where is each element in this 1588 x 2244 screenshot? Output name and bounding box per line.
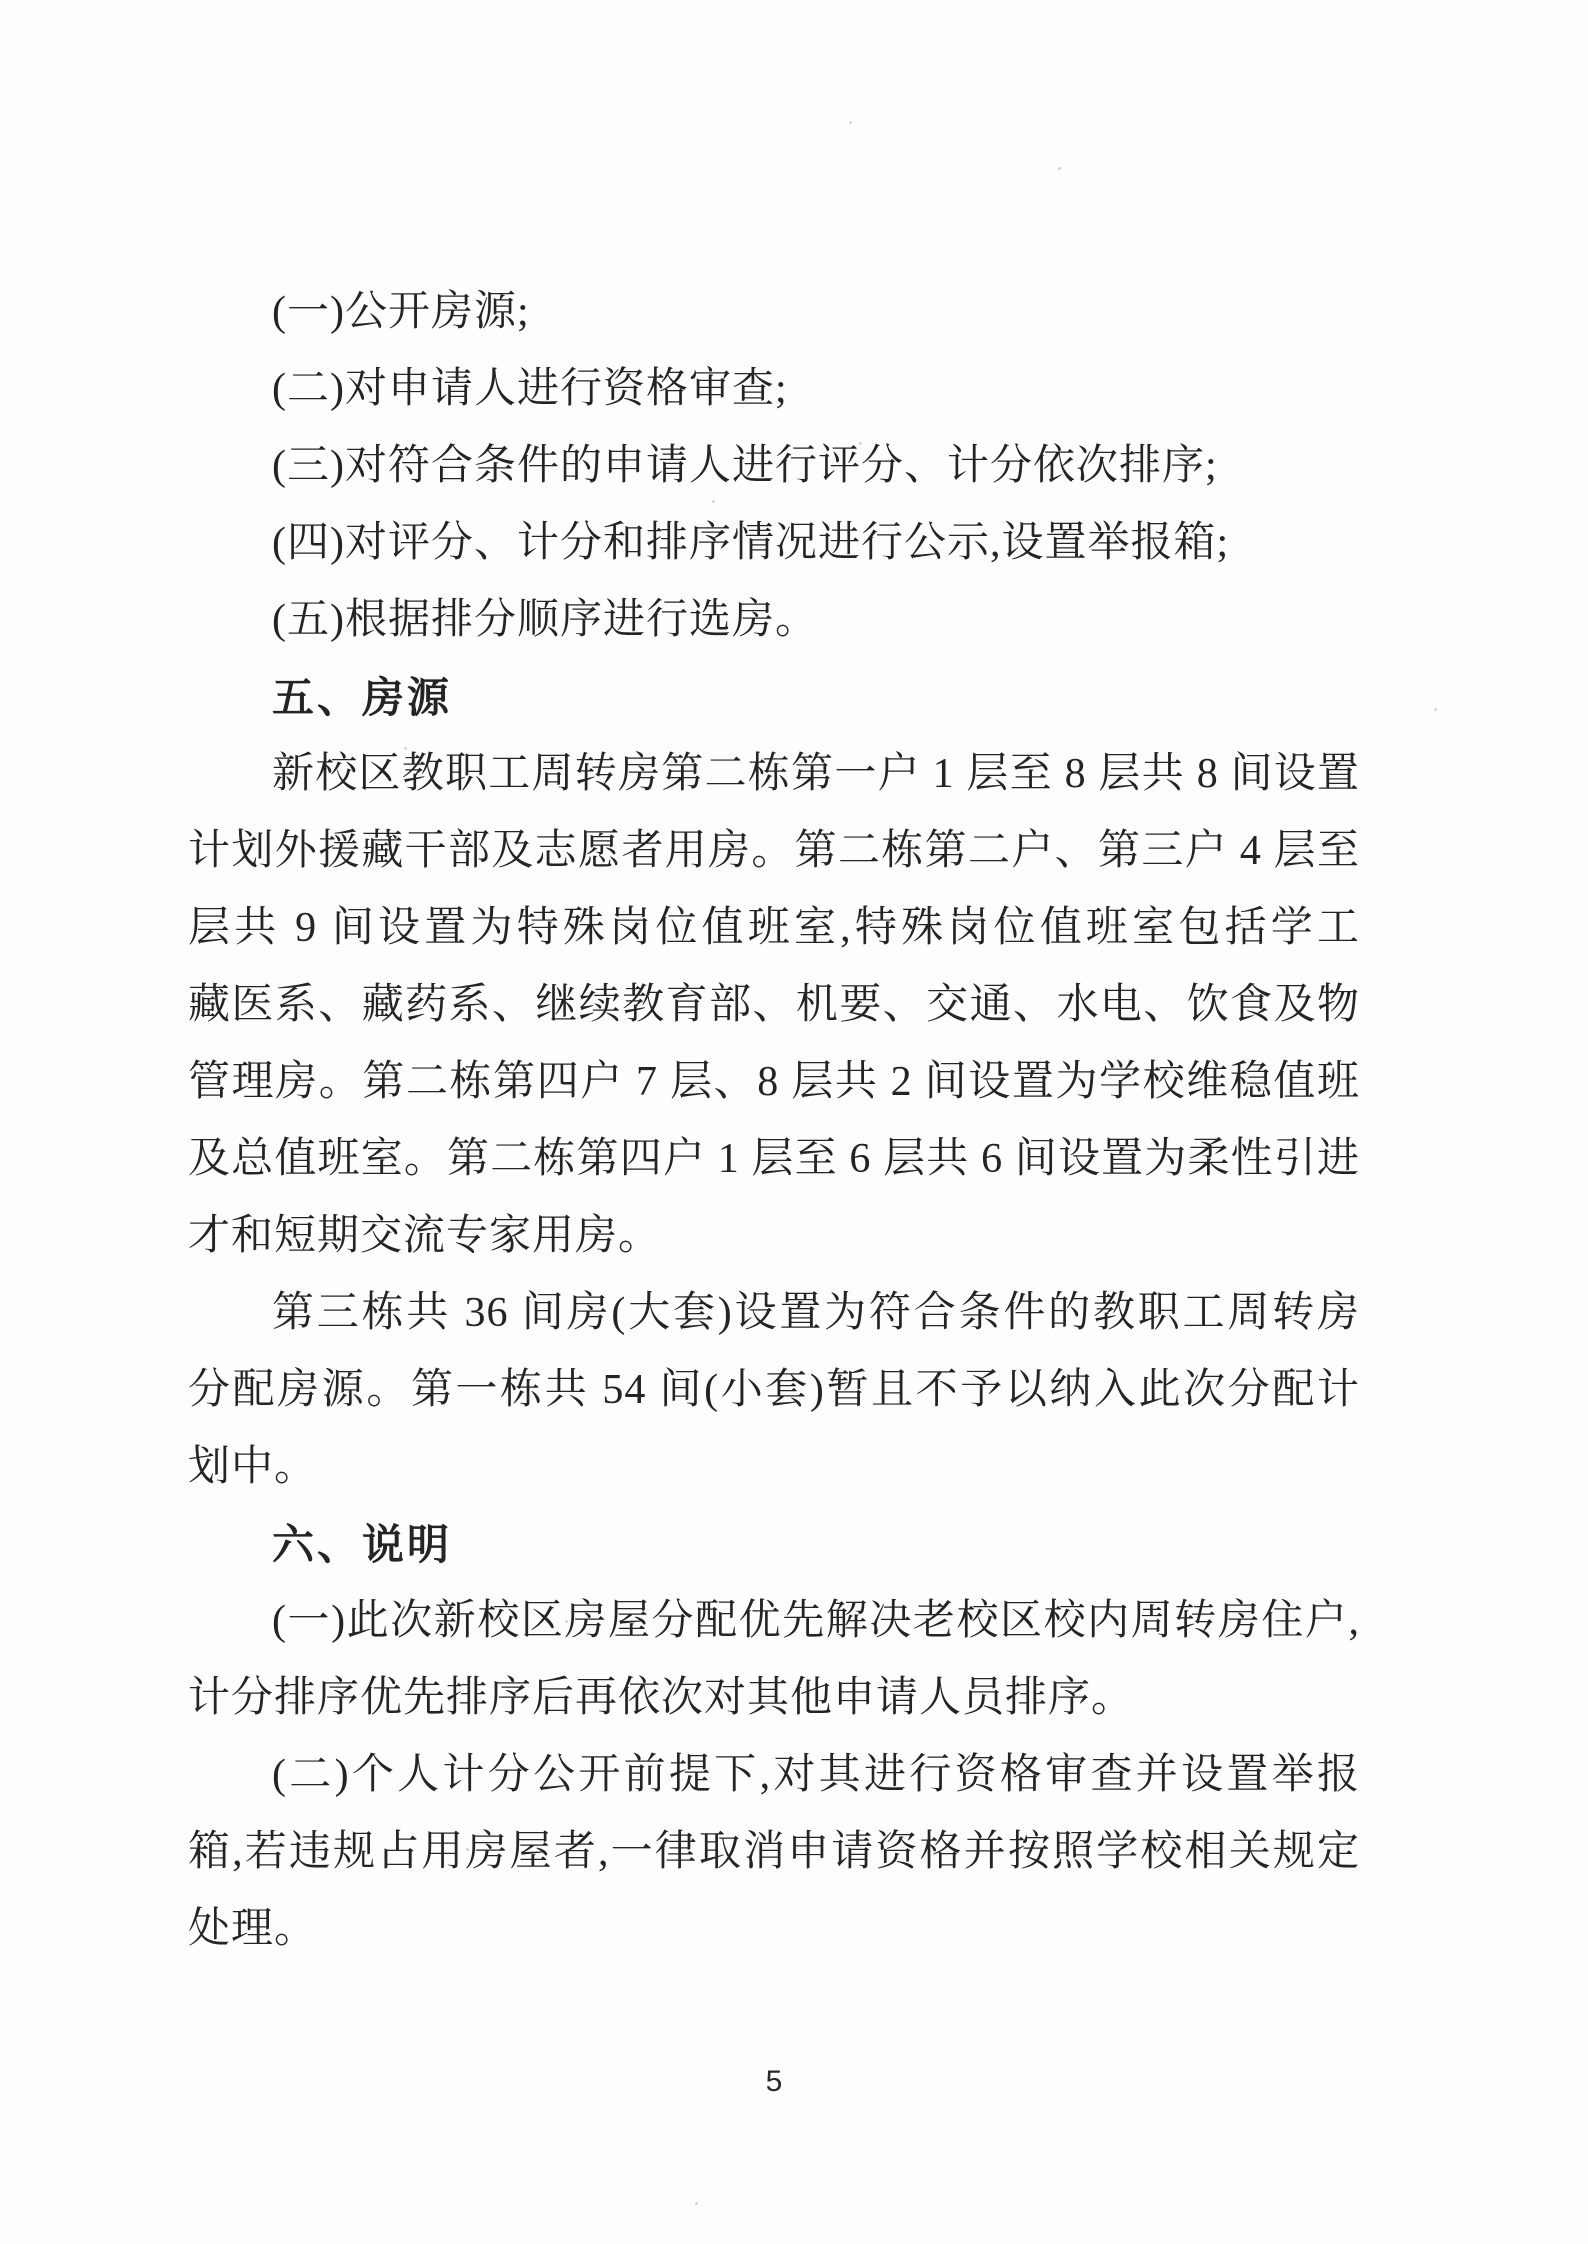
scan-speck <box>1434 708 1437 711</box>
list-item: (一)公开房源; <box>188 274 1360 351</box>
paragraph-line: 及总值班室。第二栋第四户 1 层至 6 层共 6 间设置为柔性引进人 <box>188 1121 1360 1198</box>
scan-speck <box>565 1620 568 1623</box>
document-page: (一)公开房源; (二)对申请人进行资格审查; (三)对符合条件的申请人进行评分… <box>0 0 1588 2244</box>
paragraph-line: 计分排序优先排序后再依次对其他申请人员排序。 <box>188 1660 1360 1737</box>
scan-speck <box>466 1848 469 1851</box>
section-heading: 六、说明 <box>188 1506 1360 1583</box>
paragraph-line: 层共 9 间设置为特殊岗位值班室,特殊岗位值班室包括学工处、 <box>188 890 1360 967</box>
paragraph-line: 管理房。第二栋第四户 7 层、8 层共 2 间设置为学校维稳值班室 <box>188 1044 1360 1121</box>
list-item: (三)对符合条件的申请人进行评分、计分依次排序; <box>188 428 1360 505</box>
scan-speck <box>695 2202 698 2205</box>
body-text: (一)公开房源; (二)对申请人进行资格审查; (三)对符合条件的申请人进行评分… <box>188 274 1360 1968</box>
paragraph-line: 分配房源。第一栋共 54 间(小套)暂且不予以纳入此次分配计 <box>188 1352 1360 1429</box>
paragraph-line: 计划外援藏干部及志愿者用房。第二栋第二户、第三户 4 层至 8 <box>188 813 1360 890</box>
scan-speck <box>859 442 862 445</box>
paragraph-line: (二)个人计分公开前提下,对其进行资格审查并设置举报 <box>188 1737 1360 1814</box>
paragraph-line: 划中。 <box>188 1429 1360 1506</box>
list-item: (四)对评分、计分和排序情况进行公示,设置举报箱; <box>188 505 1360 582</box>
paragraph-line: 新校区教职工周转房第二栋第一户 1 层至 8 层共 8 间设置为 <box>188 736 1360 813</box>
list-item: (五)根据排分顺序进行选房。 <box>188 582 1360 659</box>
scan-speck <box>404 747 407 750</box>
paragraph-line: 箱,若违规占用房屋者,一律取消申请资格并按照学校相关规定 <box>188 1814 1360 1891</box>
paragraph-line: (一)此次新校区房屋分配优先解决老校区校内周转房住户, <box>188 1583 1360 1660</box>
section-heading: 五、房源 <box>188 659 1360 736</box>
scan-speck <box>849 121 852 124</box>
paragraph-line: 藏医系、藏药系、继续教育部、机要、交通、水电、饮食及物业 <box>188 967 1360 1044</box>
paragraph-line: 才和短期交流专家用房。 <box>188 1198 1360 1275</box>
scan-speck <box>712 500 715 503</box>
page-number: 5 <box>0 2064 1548 2100</box>
scan-speck <box>1058 167 1061 170</box>
list-item: (二)对申请人进行资格审查; <box>188 351 1360 428</box>
paragraph-line: 处理。 <box>188 1891 1360 1968</box>
paragraph-line: 第三栋共 36 间房(大套)设置为符合条件的教职工周转房 <box>188 1275 1360 1352</box>
